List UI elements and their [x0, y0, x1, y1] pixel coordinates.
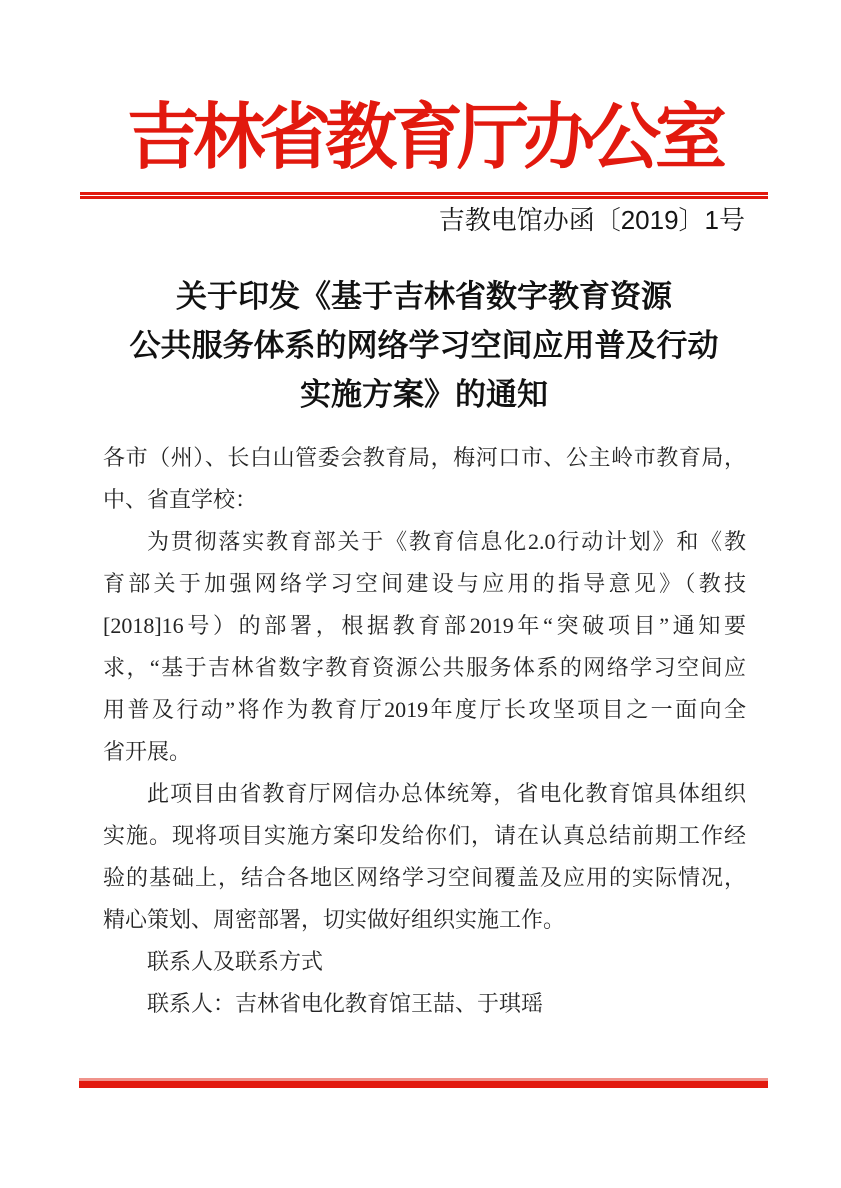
document-title-line-2: 公共服务体系的网络学习空间应用普及行动 [80, 321, 768, 370]
body-line-para1-4: 求，“基于吉林省数字教育资源公共服务体系的网络学习空间应 [103, 647, 746, 689]
body-line-contact-heading: 联系人及联系方式 [103, 941, 746, 983]
body-line-para1-1: 为贯彻落实教育部关于《教育信息化2.0行动计划》和《教 [103, 521, 746, 563]
body-line-contact-names: 联系人：吉林省电化教育馆王喆、于琪瑶 [103, 983, 746, 1025]
body-line-para2-4: 精心策划、周密部署，切实做好组织实施工作。 [103, 899, 746, 941]
document-body: 各市（州）、长白山管委会教育局，梅河口市、公主岭市教育局， 中、省直学校： 为贯… [103, 437, 746, 1025]
document-title-line-3: 实施方案》的通知 [80, 370, 768, 419]
header-divider-line [80, 192, 768, 199]
body-line-para1-6: 省开展。 [103, 731, 746, 773]
document-title-line-1: 关于印发《基于吉林省数字教育资源 [80, 272, 768, 321]
document-number: 吉教电馆办函〔2019〕1号 [103, 204, 745, 236]
letterhead-org-name: 吉林省教育厅办公室 [80, 90, 768, 186]
body-line-para2-1: 此项目由省教育厅网信办总体统筹，省电化教育馆具体组织 [103, 773, 746, 815]
footer-divider-line [79, 1078, 768, 1088]
body-line-para1-3: [2018]16号）的部署，根据教育部2019年“突破项目”通知要 [103, 605, 746, 647]
body-line-para2-3: 验的基础上，结合各地区网络学习空间覆盖及应用的实际情况， [103, 857, 746, 899]
document-title: 关于印发《基于吉林省数字教育资源 公共服务体系的网络学习空间应用普及行动 实施方… [80, 272, 768, 419]
footer-divider-thick-stripe [79, 1081, 768, 1088]
body-line-para1-5: 用普及行动”将作为教育厅2019年度厅长攻坚项目之一面向全 [103, 689, 746, 731]
body-line-salutation-1: 各市（州）、长白山管委会教育局，梅河口市、公主岭市教育局， [103, 437, 746, 479]
body-line-salutation-2: 中、省直学校： [103, 479, 746, 521]
body-line-para1-2: 育部关于加强网络学习空间建设与应用的指导意见》（教技 [103, 563, 746, 605]
document-page: 吉林省教育厅办公室 吉教电馆办函〔2019〕1号 关于印发《基于吉林省数字教育资… [0, 0, 841, 1188]
body-line-para2-2: 实施。现将项目实施方案印发给你们，请在认真总结前期工作经 [103, 815, 746, 857]
